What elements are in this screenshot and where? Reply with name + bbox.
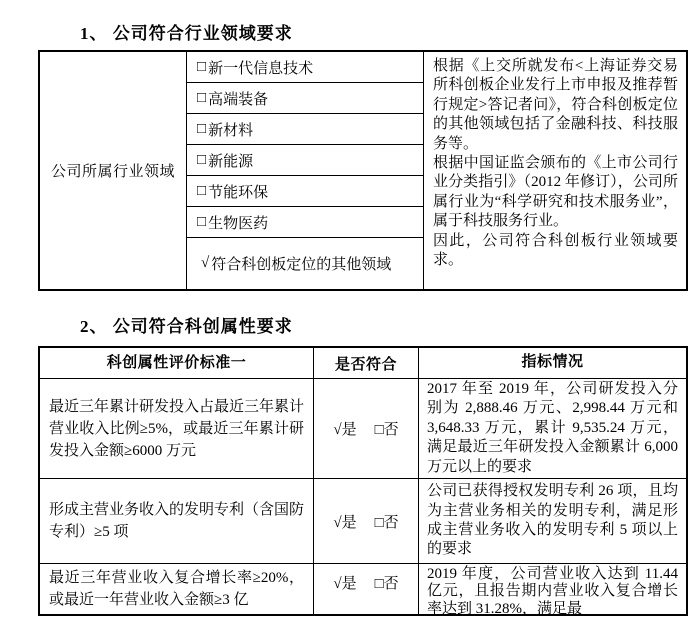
section2-heading: 2、 公司符合科创属性要求 [80, 312, 293, 337]
checkbox-unchecked-icon: □ [197, 121, 206, 138]
header-indicator: 指标情况 [419, 348, 686, 378]
industry-option-energy-saving: □ 节能环保 [187, 176, 423, 207]
compliance-cell: √是 □否 [314, 479, 419, 563]
option-label: 节能环保 [208, 181, 268, 202]
industry-option-new-materials: □ 新材料 [187, 114, 423, 145]
yes-checked-option: √是 [333, 511, 356, 532]
industry-basis-cell: 根据《上交所就发布<上海证券交易所科创板企业发行上市申报及推荐暂行规定>答记者问… [424, 52, 686, 289]
industry-option-new-energy: □ 新能源 [187, 145, 423, 176]
industry-option-info-tech: □ 新一代信息技术 [187, 52, 423, 83]
checkbox-unchecked-icon: □ [197, 152, 206, 169]
criteria-table: 科创属性评价标准一 是否符合 指标情况 最近三年累计研发投入占最近三年累计营业收… [38, 346, 688, 616]
option-label: 新一代信息技术 [208, 57, 313, 78]
industry-options-column: □ 新一代信息技术 □ 高端装备 □ 新材料 □ 新能源 □ 节能环保 □ 生物… [187, 52, 424, 289]
header-compliance: 是否符合 [314, 348, 419, 378]
option-label: 生物医药 [208, 212, 268, 233]
yes-checked-option: √是 [333, 418, 356, 439]
no-unchecked-option: □否 [375, 572, 399, 593]
criteria-row-revenue-growth: 最近三年营业收入复合增长率≥20%，或最近一年营业收入金额≥3 亿 √是 □否 … [40, 564, 686, 614]
yes-checked-option: √是 [333, 572, 356, 593]
industry-row-label: 公司所属行业领域 [40, 52, 187, 289]
indicator-cell: 2017 年至 2019 年，公司研发投入分别为 2,888.46 万元、2,9… [419, 379, 686, 478]
checkmark-icon: √ [201, 255, 209, 272]
criterion-cell: 形成主营业务收入的发明专利（含国防专利）≥5 项 [40, 479, 314, 563]
indicator-cell: 2019 年度，公司营业收入达到 11.44 亿元，且报告期内营业收入复合增长率… [419, 564, 686, 614]
checkbox-unchecked-icon: □ [197, 59, 206, 76]
basis-paragraph: 根据中国证监会颁布的《上市公司行业分类指引》（2012 年修订），公司所属行业为… [433, 154, 678, 232]
option-label: 高端装备 [208, 88, 268, 109]
header-criterion: 科创属性评价标准一 [40, 348, 314, 378]
option-label: 新材料 [208, 119, 253, 140]
option-label: 符合科创板定位的其他领域 [211, 253, 391, 274]
criteria-row-patents: 形成主营业务收入的发明专利（含国防专利）≥5 项 √是 □否 公司已获得授权发明… [40, 479, 686, 564]
criterion-cell: 最近三年累计研发投入占最近三年累计营业收入比例≥5%，或最近三年累计研发投入金额… [40, 379, 314, 478]
basis-paragraph: 因此，公司符合科创板行业领域要求。 [433, 232, 678, 271]
compliance-cell: √是 □否 [314, 564, 419, 614]
compliance-cell: √是 □否 [314, 379, 419, 478]
option-label: 新能源 [208, 150, 253, 171]
basis-paragraph: 根据《上交所就发布<上海证券交易所科创板企业发行上市申报及推荐暂行规定>答记者问… [433, 57, 678, 154]
checkbox-unchecked-icon: □ [197, 183, 206, 200]
criterion-cell: 最近三年营业收入复合增长率≥20%，或最近一年营业收入金额≥3 亿 [40, 564, 314, 614]
no-unchecked-option: □否 [375, 511, 399, 532]
section1-heading: 1、 公司符合行业领域要求 [80, 19, 293, 44]
industry-option-high-end-equipment: □ 高端装备 [187, 83, 423, 114]
checkbox-unchecked-icon: □ [197, 90, 206, 107]
criteria-table-header-row: 科创属性评价标准一 是否符合 指标情况 [40, 348, 686, 379]
industry-option-other-fields: √ 符合科创板定位的其他领域 [187, 238, 423, 289]
indicator-cell: 公司已获得授权发明专利 26 项，且均为主营业务相关的发明专利，满足形成主营业务… [419, 479, 686, 563]
industry-option-biomedicine: □ 生物医药 [187, 207, 423, 238]
industry-field-table: 公司所属行业领域 □ 新一代信息技术 □ 高端装备 □ 新材料 □ 新能源 □ … [38, 50, 688, 291]
criteria-row-rd-investment: 最近三年累计研发投入占最近三年累计营业收入比例≥5%，或最近三年累计研发投入金额… [40, 379, 686, 479]
no-unchecked-option: □否 [375, 418, 399, 439]
checkbox-unchecked-icon: □ [197, 214, 206, 231]
